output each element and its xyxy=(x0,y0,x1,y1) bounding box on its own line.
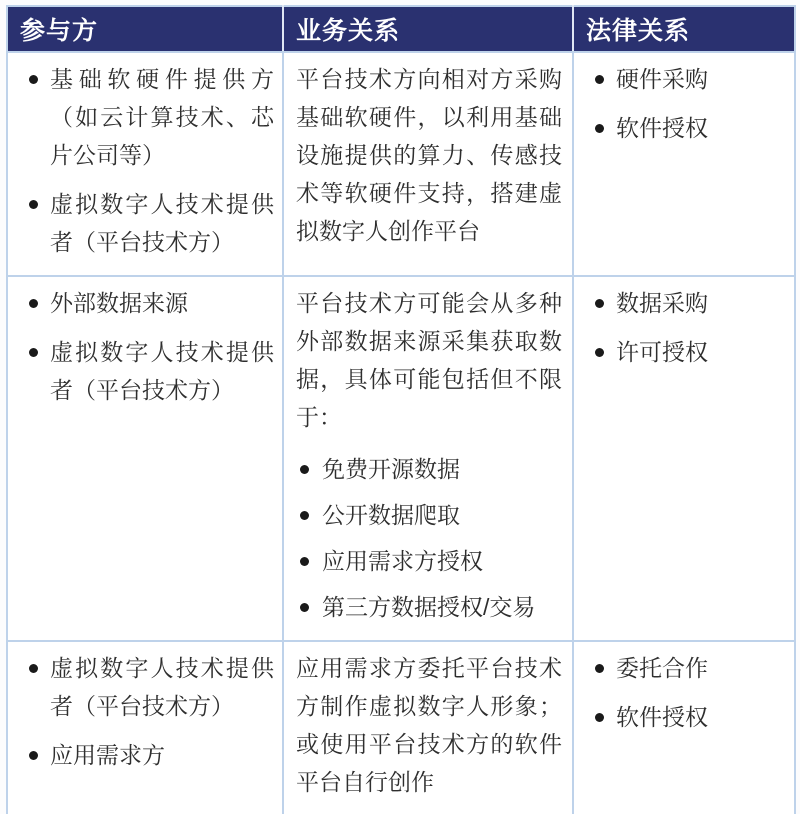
table-row: 基础软硬件提供方（如云计算技术、芯片公司等）虚拟数字人技术提供者（平台技术方） … xyxy=(7,52,795,276)
table-body: 基础软硬件提供方（如云计算技术、芯片公司等）虚拟数字人技术提供者（平台技术方） … xyxy=(7,52,795,814)
legal-cell: 数据采购许可授权 xyxy=(573,276,795,641)
list-item: 软件授权 xyxy=(582,109,786,147)
list-item: 许可授权 xyxy=(582,333,786,371)
list-item: 公开数据爬取 xyxy=(292,496,564,534)
list-item: 委托合作 xyxy=(582,649,786,687)
business-bullet-list: 免费开源数据公开数据爬取应用需求方授权第三方数据授权/交易 xyxy=(292,450,564,626)
list-item: 虚拟数字人技术提供者（平台技术方） xyxy=(16,185,274,261)
relationship-table: 参与方 业务关系 法律关系 基础软硬件提供方（如云计算技术、芯片公司等）虚拟数字… xyxy=(6,5,796,814)
list-item: 软件授权 xyxy=(582,698,786,736)
participants-cell: 虚拟数字人技术提供者（平台技术方）应用需求方 xyxy=(7,641,283,814)
participants-list: 虚拟数字人技术提供者（平台技术方）应用需求方 xyxy=(16,649,274,774)
header-business: 业务关系 xyxy=(283,6,573,52)
legal-list: 委托合作软件授权 xyxy=(582,649,786,736)
list-item: 外部数据来源 xyxy=(16,284,274,322)
table-row: 外部数据来源虚拟数字人技术提供者（平台技术方） 平台技术方可能会从多种外部数据来… xyxy=(7,276,795,641)
header-participants: 参与方 xyxy=(7,6,283,52)
participants-cell: 基础软硬件提供方（如云计算技术、芯片公司等）虚拟数字人技术提供者（平台技术方） xyxy=(7,52,283,276)
business-cell: 平台技术方向相对方采购基础软硬件，以利用基础设施提供的算力、传感技术等软硬件支持… xyxy=(283,52,573,276)
list-item: 应用需求方 xyxy=(16,736,274,774)
business-cell: 应用需求方委托平台技术方制作虚拟数字人形象；或使用平台技术方的软件平台自行创作 xyxy=(283,641,573,814)
business-paragraph: 平台技术方可能会从多种外部数据来源采集获取数据，具体可能包括但不限于： xyxy=(292,284,564,436)
table-header: 参与方 业务关系 法律关系 xyxy=(7,6,795,52)
participants-list: 外部数据来源虚拟数字人技术提供者（平台技术方） xyxy=(16,284,274,409)
header-row: 参与方 业务关系 法律关系 xyxy=(7,6,795,52)
legal-cell: 委托合作软件授权 xyxy=(573,641,795,814)
table-row: 虚拟数字人技术提供者（平台技术方）应用需求方 应用需求方委托平台技术方制作虚拟数… xyxy=(7,641,795,814)
legal-cell: 硬件采购软件授权 xyxy=(573,52,795,276)
legal-list: 数据采购许可授权 xyxy=(582,284,786,371)
business-paragraph: 平台技术方向相对方采购基础软硬件，以利用基础设施提供的算力、传感技术等软硬件支持… xyxy=(292,60,564,250)
list-item: 虚拟数字人技术提供者（平台技术方） xyxy=(16,333,274,409)
list-item: 虚拟数字人技术提供者（平台技术方） xyxy=(16,649,274,725)
participants-cell: 外部数据来源虚拟数字人技术提供者（平台技术方） xyxy=(7,276,283,641)
list-item: 基础软硬件提供方（如云计算技术、芯片公司等） xyxy=(16,60,274,174)
legal-list: 硬件采购软件授权 xyxy=(582,60,786,147)
list-item: 第三方数据授权/交易 xyxy=(292,588,564,626)
header-legal: 法律关系 xyxy=(573,6,795,52)
business-paragraph: 应用需求方委托平台技术方制作虚拟数字人形象；或使用平台技术方的软件平台自行创作 xyxy=(292,649,564,801)
list-item: 数据采购 xyxy=(582,284,786,322)
list-item: 硬件采购 xyxy=(582,60,786,98)
list-item: 免费开源数据 xyxy=(292,450,564,488)
participants-list: 基础软硬件提供方（如云计算技术、芯片公司等）虚拟数字人技术提供者（平台技术方） xyxy=(16,60,274,261)
business-cell: 平台技术方可能会从多种外部数据来源采集获取数据，具体可能包括但不限于： 免费开源… xyxy=(283,276,573,641)
list-item: 应用需求方授权 xyxy=(292,542,564,580)
